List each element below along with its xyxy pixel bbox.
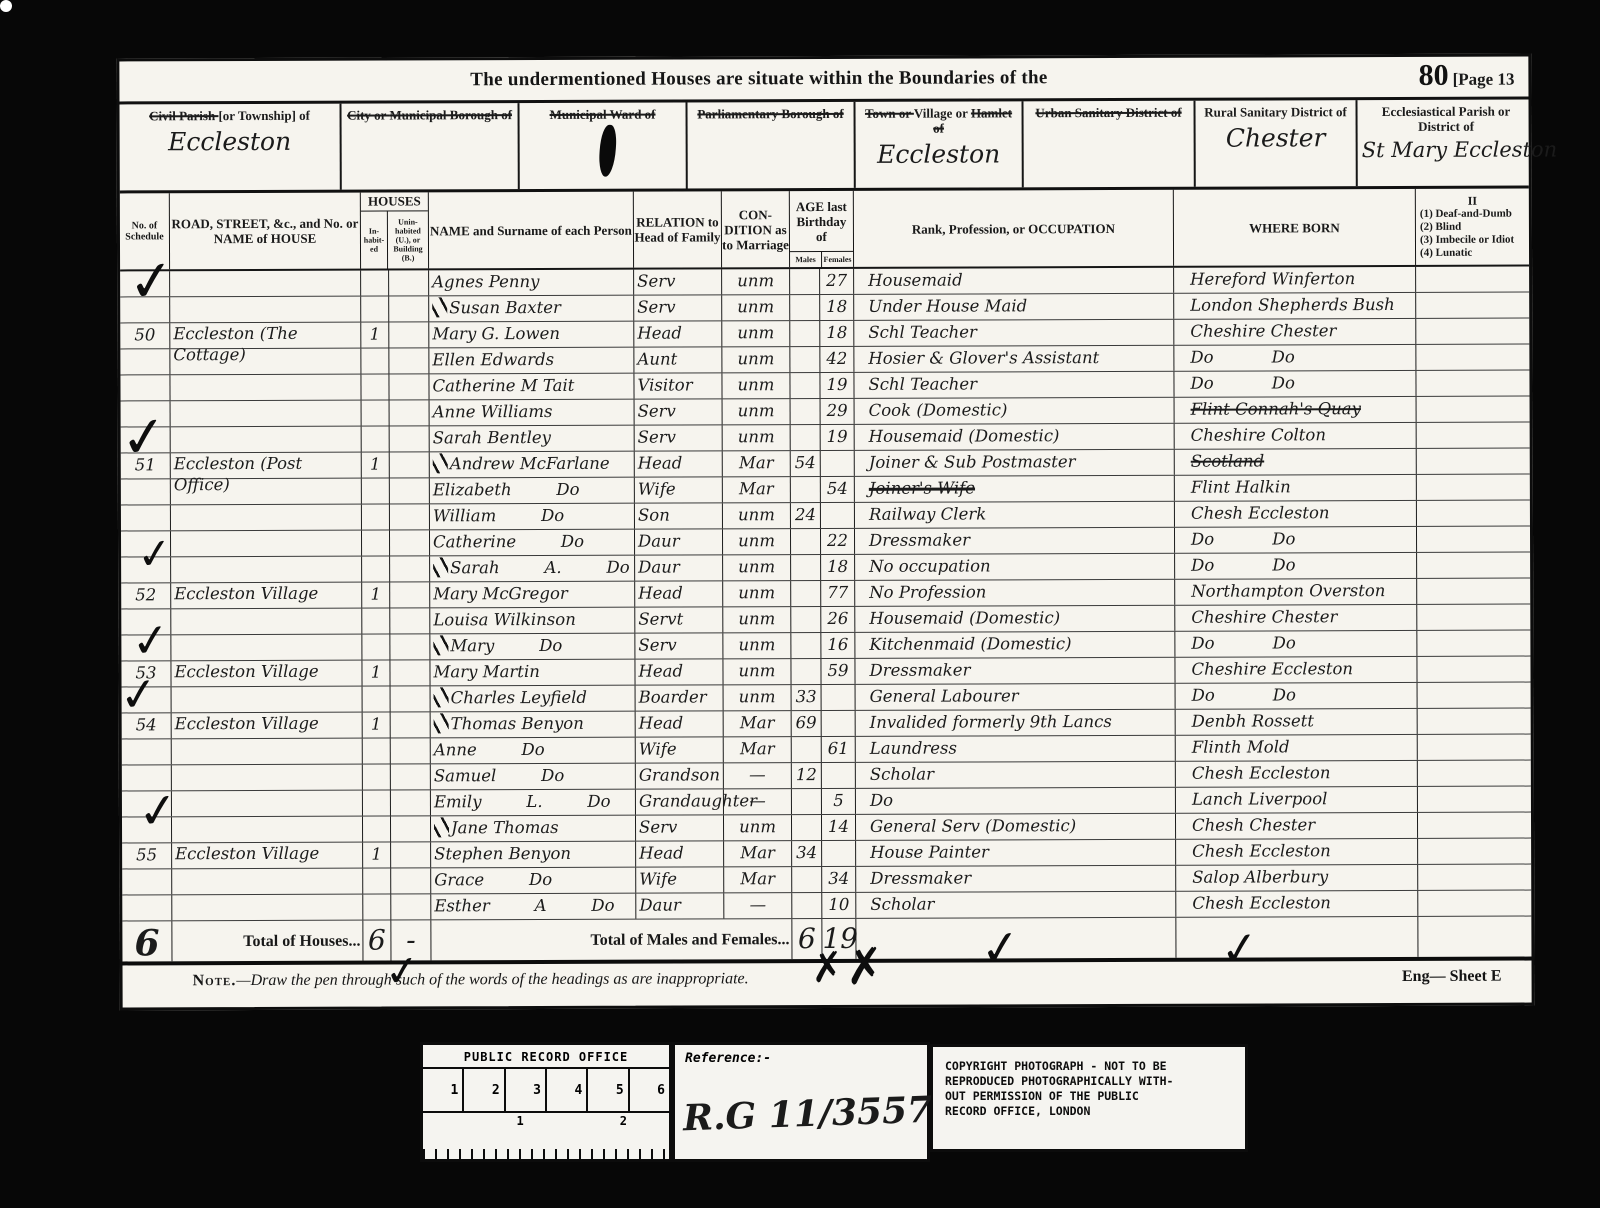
district-value: Eccleston <box>860 139 1018 169</box>
cell-inhabited <box>362 531 390 556</box>
cell-schedule <box>122 687 172 712</box>
cell-relation: Head <box>636 711 724 736</box>
cell-occupation: Joiner's Wife <box>855 476 1175 502</box>
cell-name: Elizabeth Do <box>430 478 635 504</box>
cell-schedule <box>122 739 172 764</box>
cell-condition: unm <box>722 321 790 346</box>
public-record-office-stamp: PUBLIC RECORD OFFICE 1 2 3 4 5 6 1 2 <box>420 1042 672 1162</box>
footer-note: Note.—Draw the pen through such of the w… <box>193 970 749 990</box>
person-name: Samuel Do <box>434 766 565 785</box>
cell-road: Eccleston Village <box>171 661 362 687</box>
cell-schedule <box>121 609 171 634</box>
cell-age-female <box>822 763 856 788</box>
cell-age-male <box>791 607 821 632</box>
cell-relation: Servt <box>635 607 723 632</box>
person-name: Sarah A. Do <box>450 558 630 578</box>
district-label-part: Municipal Borough of <box>389 107 512 122</box>
cell-uninhabited <box>390 660 430 685</box>
cell-schedule: 55 <box>122 843 172 868</box>
cell-occupation: General Labourer <box>856 684 1176 710</box>
cell-age-female: 19 <box>820 373 854 398</box>
cell-road <box>171 609 362 635</box>
cell-schedule: 54 <box>122 713 172 738</box>
cell-condition: unm <box>722 295 790 320</box>
cell-name: Catherine Do <box>430 530 635 556</box>
pro-title: PUBLIC RECORD OFFICE <box>423 1045 669 1069</box>
scan-speckles <box>0 0 12 12</box>
cell-age-female: 26 <box>821 607 855 632</box>
table-header: No. of Schedule ROAD, STREET, &c., and N… <box>120 189 1529 272</box>
archive-stamps: PUBLIC RECORD OFFICE 1 2 3 4 5 6 1 2 Ref… <box>420 1042 1248 1162</box>
col-road: ROAD, STREET, &c., and No. or NAME of HO… <box>170 193 361 270</box>
cell-born: London Shepherds Bush <box>1174 293 1416 319</box>
totals-empty-infirmities <box>1418 917 1531 957</box>
cell-condition: Mar <box>724 737 792 762</box>
cell-name: Stephen Benyon <box>431 842 636 868</box>
person-name: Andrew McFarlane <box>450 454 610 474</box>
totals-empty-occupation <box>856 918 1176 959</box>
cell-age-male <box>792 893 822 918</box>
cell-age-male <box>791 425 821 450</box>
cell-uninhabited <box>390 608 430 633</box>
reference-value: R.G 11/3557 <box>682 1089 932 1140</box>
cell-name: Mary G. Lowen <box>429 322 634 348</box>
cell-born: Do Do <box>1175 527 1417 553</box>
ruler-number: 4 <box>547 1069 588 1111</box>
cell-infirmities <box>1418 839 1531 864</box>
cell-age-female: 5 <box>822 789 856 814</box>
cell-inhabited <box>361 297 389 322</box>
col-age-label: AGE last Birthday of <box>790 191 853 251</box>
copyright-line: REPRODUCED PHOTOGRAPHICALLY WITH- <box>945 1074 1237 1089</box>
cell-schedule <box>121 401 171 426</box>
ruler-number: 5 <box>588 1069 629 1111</box>
cell-age-female: 59 <box>821 659 855 684</box>
cell-uninhabited <box>389 374 429 399</box>
cell-schedule <box>122 791 172 816</box>
household-separator-mark <box>434 713 449 733</box>
cell-occupation: Schl Teacher <box>854 372 1174 398</box>
cell-age-male <box>791 581 821 606</box>
col-infirmities-title: II <box>1420 194 1525 207</box>
cell-road <box>172 765 363 791</box>
cell-born: Flint Halkin <box>1175 475 1417 501</box>
total-uninhabited-value: - <box>391 920 431 960</box>
col-houses: HOUSES In-habit-ed Unin-habited (U.), or… <box>361 192 429 268</box>
cell-age-female: 16 <box>821 633 855 658</box>
total-houses-value: 6 <box>363 921 391 961</box>
district-value <box>692 125 850 126</box>
cell-condition: unm <box>723 425 791 450</box>
total-males-value: 6 <box>792 919 822 959</box>
cell-born: Scotland <box>1175 449 1417 475</box>
cell-road <box>171 635 362 661</box>
cell-age-female: 77 <box>821 581 855 606</box>
cell-uninhabited <box>391 712 431 737</box>
cell-relation: Head <box>635 659 723 684</box>
cell-born: Flint Connah's Quay <box>1175 397 1417 423</box>
cell-name: Sarah A. Do <box>430 556 635 582</box>
cell-born: Salop Alberbury <box>1176 865 1418 891</box>
col-females: Females <box>822 252 853 267</box>
district-label-part: Village or <box>914 105 971 120</box>
cell-schedule: 51 <box>121 453 171 478</box>
cell-infirmities <box>1417 631 1530 656</box>
cell-occupation: Housemaid (Domestic) <box>855 606 1175 632</box>
cell-condition: Mar <box>723 451 791 476</box>
cell-age-female: 10 <box>822 893 856 918</box>
cell-schedule: 52 <box>121 583 171 608</box>
cell-age-male: 33 <box>792 685 822 710</box>
cell-road <box>172 895 363 921</box>
cell-born: Cheshire Eccleston <box>1175 657 1417 683</box>
district-cell: Ecclesiastical Parish or District of St … <box>1357 100 1534 187</box>
reference-label: Reference:- <box>685 1051 917 1066</box>
cell-uninhabited <box>390 478 430 503</box>
cell-age-male <box>791 477 821 502</box>
cell-uninhabited <box>389 296 429 321</box>
cell-name: Susan Baxter <box>429 296 634 322</box>
person-name: Mary McGregor <box>433 584 568 603</box>
totals-margin-mark: 6 <box>122 921 172 961</box>
district-label: Urban Sanitary District of <box>1028 105 1190 121</box>
cell-born: Flinth Mold <box>1176 735 1418 761</box>
cell-age-female: 18 <box>820 295 854 320</box>
cell-relation: Serv <box>635 633 723 658</box>
district-label-part: Municipal Ward of <box>550 107 656 122</box>
cell-occupation: Dressmaker <box>856 866 1176 892</box>
cell-infirmities <box>1418 891 1531 916</box>
cell-name: Sarah Bentley <box>430 426 635 452</box>
cell-infirmities <box>1417 605 1530 630</box>
cell-condition: unm <box>723 503 791 528</box>
cell-infirmities <box>1416 267 1529 292</box>
total-mf-label: Total of Males and Females... <box>431 919 792 960</box>
cell-occupation: Schl Teacher <box>854 320 1174 346</box>
col-age: AGE last Birthday of Males Females <box>790 191 854 267</box>
person-name: Ellen Edwards <box>432 350 554 369</box>
district-label: Civil Parish [or Township] of <box>124 108 336 124</box>
cell-name: Louisa Wilkinson <box>430 608 635 634</box>
district-value: Eccleston <box>124 127 336 157</box>
cell-born: Do Do <box>1174 371 1416 397</box>
person-name: Catherine M Tait <box>432 376 574 395</box>
col-houses-label: HOUSES <box>361 192 428 211</box>
cell-age-male <box>791 555 821 580</box>
cell-road <box>171 427 362 453</box>
cell-age-male: 54 <box>791 451 821 476</box>
cell-age-male <box>791 529 821 554</box>
cell-inhabited <box>363 869 391 894</box>
totals-row: 6 Total of Houses... 6 - Total of Males … <box>122 917 1531 966</box>
household-separator-mark <box>433 557 448 577</box>
cell-age-male <box>790 321 820 346</box>
cell-occupation: No Profession <box>855 580 1175 606</box>
district-label: Parliamentary Borough of <box>692 106 850 122</box>
cell-uninhabited <box>391 842 431 867</box>
cell-uninhabited <box>391 790 431 815</box>
cell-infirmities <box>1416 319 1529 344</box>
cell-condition: Mar <box>724 711 792 736</box>
sheet-label: Eng— Sheet E <box>1402 968 1502 986</box>
cell-age-male <box>792 789 822 814</box>
person-name: Susan Baxter <box>449 298 561 317</box>
cell-relation: Serv <box>634 295 722 320</box>
cell-relation: Wife <box>636 737 724 762</box>
cell-relation: Grandaughter <box>636 789 724 814</box>
cell-inhabited: 1 <box>362 583 390 608</box>
cell-road <box>172 739 363 765</box>
cell-age-male: 12 <box>792 763 822 788</box>
district-label-part: District of <box>1418 119 1474 134</box>
cell-age-male <box>792 815 822 840</box>
person-name: Louisa Wilkinson <box>433 610 576 629</box>
cell-inhabited <box>362 557 390 582</box>
cell-relation: Head <box>635 581 723 606</box>
cell-uninhabited <box>391 738 431 763</box>
cell-infirmities <box>1417 501 1530 526</box>
district-cell: Town or Village or Hamlet of Eccleston <box>855 101 1023 188</box>
cell-infirmities <box>1417 397 1530 422</box>
cell-schedule <box>120 297 170 322</box>
district-label-part: Town or <box>865 106 914 121</box>
district-label-part: City or <box>347 108 389 123</box>
person-name: Esther A Do <box>434 896 614 916</box>
cell-age-female: 27 <box>820 269 854 294</box>
cell-road <box>172 869 363 895</box>
cell-road <box>171 401 362 427</box>
cell-road: Eccleston Village <box>172 843 363 869</box>
ruler-lower-number: 1 <box>516 1114 523 1128</box>
title-band: The undermentioned Houses are situate wi… <box>119 57 1528 102</box>
cell-born: Cheshire Chester <box>1175 605 1417 631</box>
page-reference: 80 [Page 13 <box>1419 59 1515 93</box>
cell-infirmities <box>1417 657 1530 682</box>
cell-infirmities <box>1418 709 1531 734</box>
cell-inhabited: 1 <box>361 323 389 348</box>
cell-inhabited <box>362 479 390 504</box>
cell-relation: Wife <box>635 477 723 502</box>
cell-infirmities <box>1417 423 1530 448</box>
district-label: City or Municipal Borough of <box>346 107 514 123</box>
district-label-part: [or Township] of <box>218 108 310 123</box>
cell-name: Mary McGregor <box>430 582 635 608</box>
cell-condition: — <box>724 893 792 918</box>
cell-born: Northampton Overston <box>1175 579 1417 605</box>
person-name: Emily L. Do <box>434 792 611 812</box>
cell-occupation: Scholar <box>856 762 1176 788</box>
cell-infirmities <box>1417 579 1530 604</box>
cell-age-male <box>790 347 820 372</box>
cell-schedule <box>122 765 172 790</box>
cell-uninhabited <box>389 270 429 295</box>
col-infirmities: II (1) Deaf-and-Dumb (2) Blind (3) Imbec… <box>1416 189 1529 265</box>
cell-inhabited <box>361 375 389 400</box>
cell-road <box>171 479 362 505</box>
cell-infirmities <box>1417 553 1530 578</box>
ruler-number: 3 <box>506 1069 547 1111</box>
cell-age-female <box>821 503 855 528</box>
cell-occupation: Invalided formerly 9th Lancs <box>856 710 1176 736</box>
total-houses-label: Total of Houses... <box>172 921 363 962</box>
cell-schedule <box>120 375 170 400</box>
cell-occupation: Cook (Domestic) <box>855 398 1175 424</box>
cell-schedule <box>122 869 172 894</box>
cell-relation: Head <box>634 321 722 346</box>
cell-condition: unm <box>724 685 792 710</box>
cell-occupation: Housemaid (Domestic) <box>855 424 1175 450</box>
cell-relation: Serv <box>635 399 723 424</box>
cell-born: Cheshire Colton <box>1175 423 1417 449</box>
cell-road: Eccleston (Post Office) <box>171 453 362 479</box>
cell-age-female: 34 <box>822 867 856 892</box>
household-separator-mark <box>433 453 448 473</box>
district-value <box>346 126 514 127</box>
cell-relation: Head <box>636 841 724 866</box>
cell-schedule <box>121 557 171 582</box>
ruler-scale: 1 2 3 4 5 6 <box>423 1069 669 1113</box>
person-name: Mary G. Lowen <box>432 324 560 343</box>
cell-inhabited <box>362 505 390 530</box>
ruler-ticks: 1 2 <box>423 1113 669 1159</box>
district-label: Rural Sanitary District of <box>1200 104 1352 120</box>
ruler-lower-number: 2 <box>620 1114 627 1128</box>
cell-road <box>170 349 361 375</box>
cell-age-female: 54 <box>821 477 855 502</box>
cell-condition: unm <box>724 815 792 840</box>
cell-road: Eccleston (The Cottage) <box>170 323 361 349</box>
cell-born: Chesh Chester <box>1176 813 1418 839</box>
note-word: Note. <box>193 972 237 989</box>
cell-condition: Mar <box>723 477 791 502</box>
person-name: William Do <box>433 506 564 525</box>
cell-name: Anne Williams <box>430 400 635 426</box>
infirmity-item: (3) Imbecile or Idiot <box>1420 233 1514 246</box>
cell-name: Esther A Do <box>431 894 636 920</box>
cell-age-male <box>790 295 820 320</box>
cell-relation: Daur <box>636 893 724 918</box>
cell-uninhabited <box>390 400 430 425</box>
cell-occupation: Hosier & Glover's Assistant <box>854 346 1174 372</box>
ruler-number: 6 <box>630 1069 669 1111</box>
cell-born: Cheshire Chester <box>1174 319 1416 345</box>
cell-born: Do Do <box>1175 631 1417 657</box>
district-label-part: Urban Sanitary District of <box>1035 105 1181 121</box>
cell-road <box>172 817 363 843</box>
district-label: Ecclesiastical Parish or District of <box>1362 104 1531 135</box>
table-rows: Agnes PennyServunm27HousemaidHereford Wi… <box>120 267 1531 922</box>
cell-occupation: Kitchenmaid (Domestic) <box>855 632 1175 658</box>
cell-condition: unm <box>723 581 791 606</box>
ink-blot <box>598 124 617 177</box>
cell-infirmities <box>1418 735 1531 760</box>
cell-born: Chesh Eccleston <box>1176 839 1418 865</box>
cell-relation: Daur <box>635 555 723 580</box>
cell-relation: Grandson <box>636 763 724 788</box>
cell-inhabited: 1 <box>363 843 391 868</box>
cell-road <box>171 531 362 557</box>
cell-schedule <box>121 427 171 452</box>
household-separator-mark <box>432 297 447 317</box>
person-name: Sarah Bentley <box>433 428 551 447</box>
ruler-number: 2 <box>464 1069 505 1111</box>
household-separator-mark <box>434 687 449 707</box>
cell-uninhabited <box>391 894 431 919</box>
cell-infirmities <box>1417 475 1530 500</box>
totals-empty-born <box>1176 917 1418 958</box>
copyright-stamp: COPYRIGHT PHOTOGRAPH - NOT TO BE REPRODU… <box>930 1044 1248 1152</box>
cell-relation: Aunt <box>634 347 722 372</box>
cell-inhabited: 1 <box>363 713 391 738</box>
cell-schedule <box>122 817 172 842</box>
cell-relation: Serv <box>636 815 724 840</box>
cell-relation: Visitor <box>634 373 722 398</box>
cell-occupation: House Painter <box>856 840 1176 866</box>
cell-schedule: 50 <box>120 323 170 348</box>
cell-name: Ellen Edwards <box>429 348 634 374</box>
cell-infirmities <box>1418 813 1531 838</box>
cell-age-male <box>790 373 820 398</box>
cell-inhabited <box>362 427 390 452</box>
cell-infirmities <box>1417 449 1530 474</box>
infirmity-item: (2) Blind <box>1420 220 1461 233</box>
scan-page: { "page": { "title": "The undermentioned… <box>0 0 1600 1208</box>
reference-stamp: Reference:- R.G 11/3557 <box>672 1042 930 1162</box>
cell-name: Charles Leyfield <box>431 686 636 712</box>
cell-road <box>170 297 361 323</box>
cell-born: Chesh Eccleston <box>1176 891 1418 917</box>
cell-condition: unm <box>723 633 791 658</box>
cell-born: Chesh Eccleston <box>1175 501 1417 527</box>
cell-born: Do Do <box>1175 553 1417 579</box>
cell-age-female: 14 <box>822 815 856 840</box>
col-occupation: Rank, Profession, or OCCUPATION <box>854 190 1174 267</box>
person-name: Elizabeth Do <box>433 480 580 500</box>
col-name: NAME and Surname of each Person <box>429 192 634 269</box>
cell-relation: Wife <box>636 867 724 892</box>
cell-name: Samuel Do <box>431 764 636 790</box>
cell-name: Thomas Benyon <box>431 712 636 738</box>
district-value <box>1028 124 1190 125</box>
cell-condition: — <box>724 789 792 814</box>
person-name: Mary Do <box>450 636 562 655</box>
cell-inhabited <box>362 635 390 660</box>
cell-inhabited <box>363 791 391 816</box>
infirmity-item: (1) Deaf-and-Dumb <box>1420 207 1512 220</box>
cell-infirmities <box>1418 761 1531 786</box>
copyright-line: OUT PERMISSION OF THE PUBLIC <box>945 1089 1237 1104</box>
person-name: Grace Do <box>434 870 552 889</box>
district-label-part: Ecclesiastical Parish or <box>1382 104 1511 119</box>
cell-uninhabited <box>390 556 430 581</box>
cell-age-female: 18 <box>821 555 855 580</box>
cell-relation: Serv <box>635 425 723 450</box>
cell-occupation: No occupation <box>855 554 1175 580</box>
cell-age-female: 18 <box>820 321 854 346</box>
cell-uninhabited <box>390 530 430 555</box>
copyright-line: COPYRIGHT PHOTOGRAPH - NOT TO BE <box>945 1059 1237 1074</box>
cell-relation: Boarder <box>636 685 724 710</box>
cell-age-male <box>791 399 821 424</box>
cell-occupation: Dressmaker <box>855 528 1175 554</box>
cell-infirmities <box>1416 345 1529 370</box>
person-name: Anne Do <box>434 740 545 759</box>
cell-relation: Daur <box>635 529 723 554</box>
cell-age-male <box>790 269 820 294</box>
district-cell: City or Municipal Borough of <box>342 103 520 190</box>
cell-name: Emily L. Do <box>431 790 636 816</box>
cell-age-female: 22 <box>821 529 855 554</box>
